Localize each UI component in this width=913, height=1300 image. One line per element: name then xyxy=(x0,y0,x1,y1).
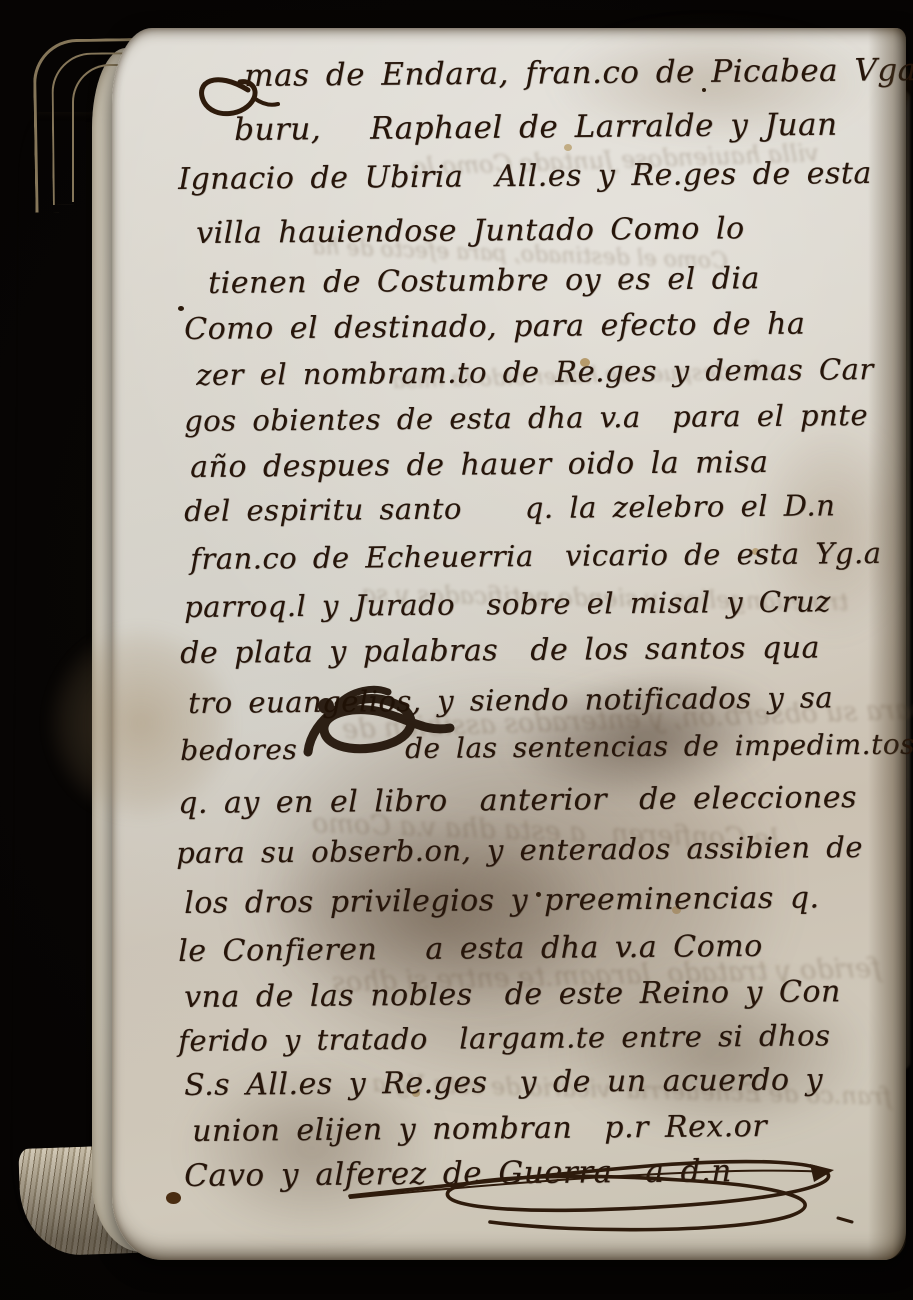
manuscript-page: villa hauiendose Juntado Como loComo el … xyxy=(112,28,906,1260)
manuscript-line: del espiritu santo q. la zelebro el D.n xyxy=(184,488,835,528)
manuscript-line: le Confieren a esta dha v.a Como xyxy=(178,929,763,969)
manuscript-line: para su obserb.on, y enterados assibien … xyxy=(176,830,863,870)
manuscript-line: gos obientes de esta dha v.a para el pnt… xyxy=(184,398,868,438)
manuscript-line: parroq.l y Jurado sobre el misal y Cruz xyxy=(184,584,831,624)
manuscript-line: q. ay en el libro anterior de elecciones xyxy=(178,780,857,821)
photo-backdrop: villa hauiendose Juntado Como loComo el … xyxy=(0,0,913,1300)
manuscript-line: zer el nombram.to de Re.ges y demas Car xyxy=(196,352,874,392)
manuscript-line: tienen de Costumbre oy es el dia xyxy=(208,261,760,301)
manuscript-line: Cavo y alferez de Guerra a d.n xyxy=(184,1153,732,1194)
manuscript-line: vna de las nobles de este Reino y Con xyxy=(184,974,841,1015)
page-gutter-shadow xyxy=(868,28,906,1260)
manuscript-line: union elijen y nombran p.r Rex.or xyxy=(192,1109,767,1149)
manuscript-line: buru, Raphael de Larralde y Juan xyxy=(234,107,838,148)
manuscript-line: Como el destinado, para efecto de ha xyxy=(184,307,805,347)
ink-blot-spot xyxy=(166,1192,181,1204)
manuscript-line: tro euangelios, y siendo notificados y s… xyxy=(188,680,833,720)
manuscript-line: mas de Endara, fran.co de Picabea Vga xyxy=(244,52,913,94)
manuscript-line: villa hauiendose Juntado Como lo xyxy=(196,211,745,251)
manuscript-line: fran.co de Echeuerria vicario de esta Yg… xyxy=(190,536,882,576)
manuscript-line: año despues de hauer oido la misa xyxy=(190,445,769,485)
manuscript-line: ferido y tratado largam.te entre si dhos xyxy=(178,1018,831,1058)
manuscript-line: los dros privilegios y preeminencias q. xyxy=(184,880,820,921)
manuscript-line: Ignacio de Ubiria All.es y Re.ges de est… xyxy=(178,156,872,197)
ink-blot-spot xyxy=(178,306,184,311)
manuscript-line: bedores de las sentencias de impedim.tos xyxy=(180,728,913,767)
manuscript-line: S.s All.es y Re.ges y de un acuerdo y xyxy=(184,1062,823,1103)
manuscript-line: de plata y palabras de los santos qua xyxy=(180,630,820,671)
